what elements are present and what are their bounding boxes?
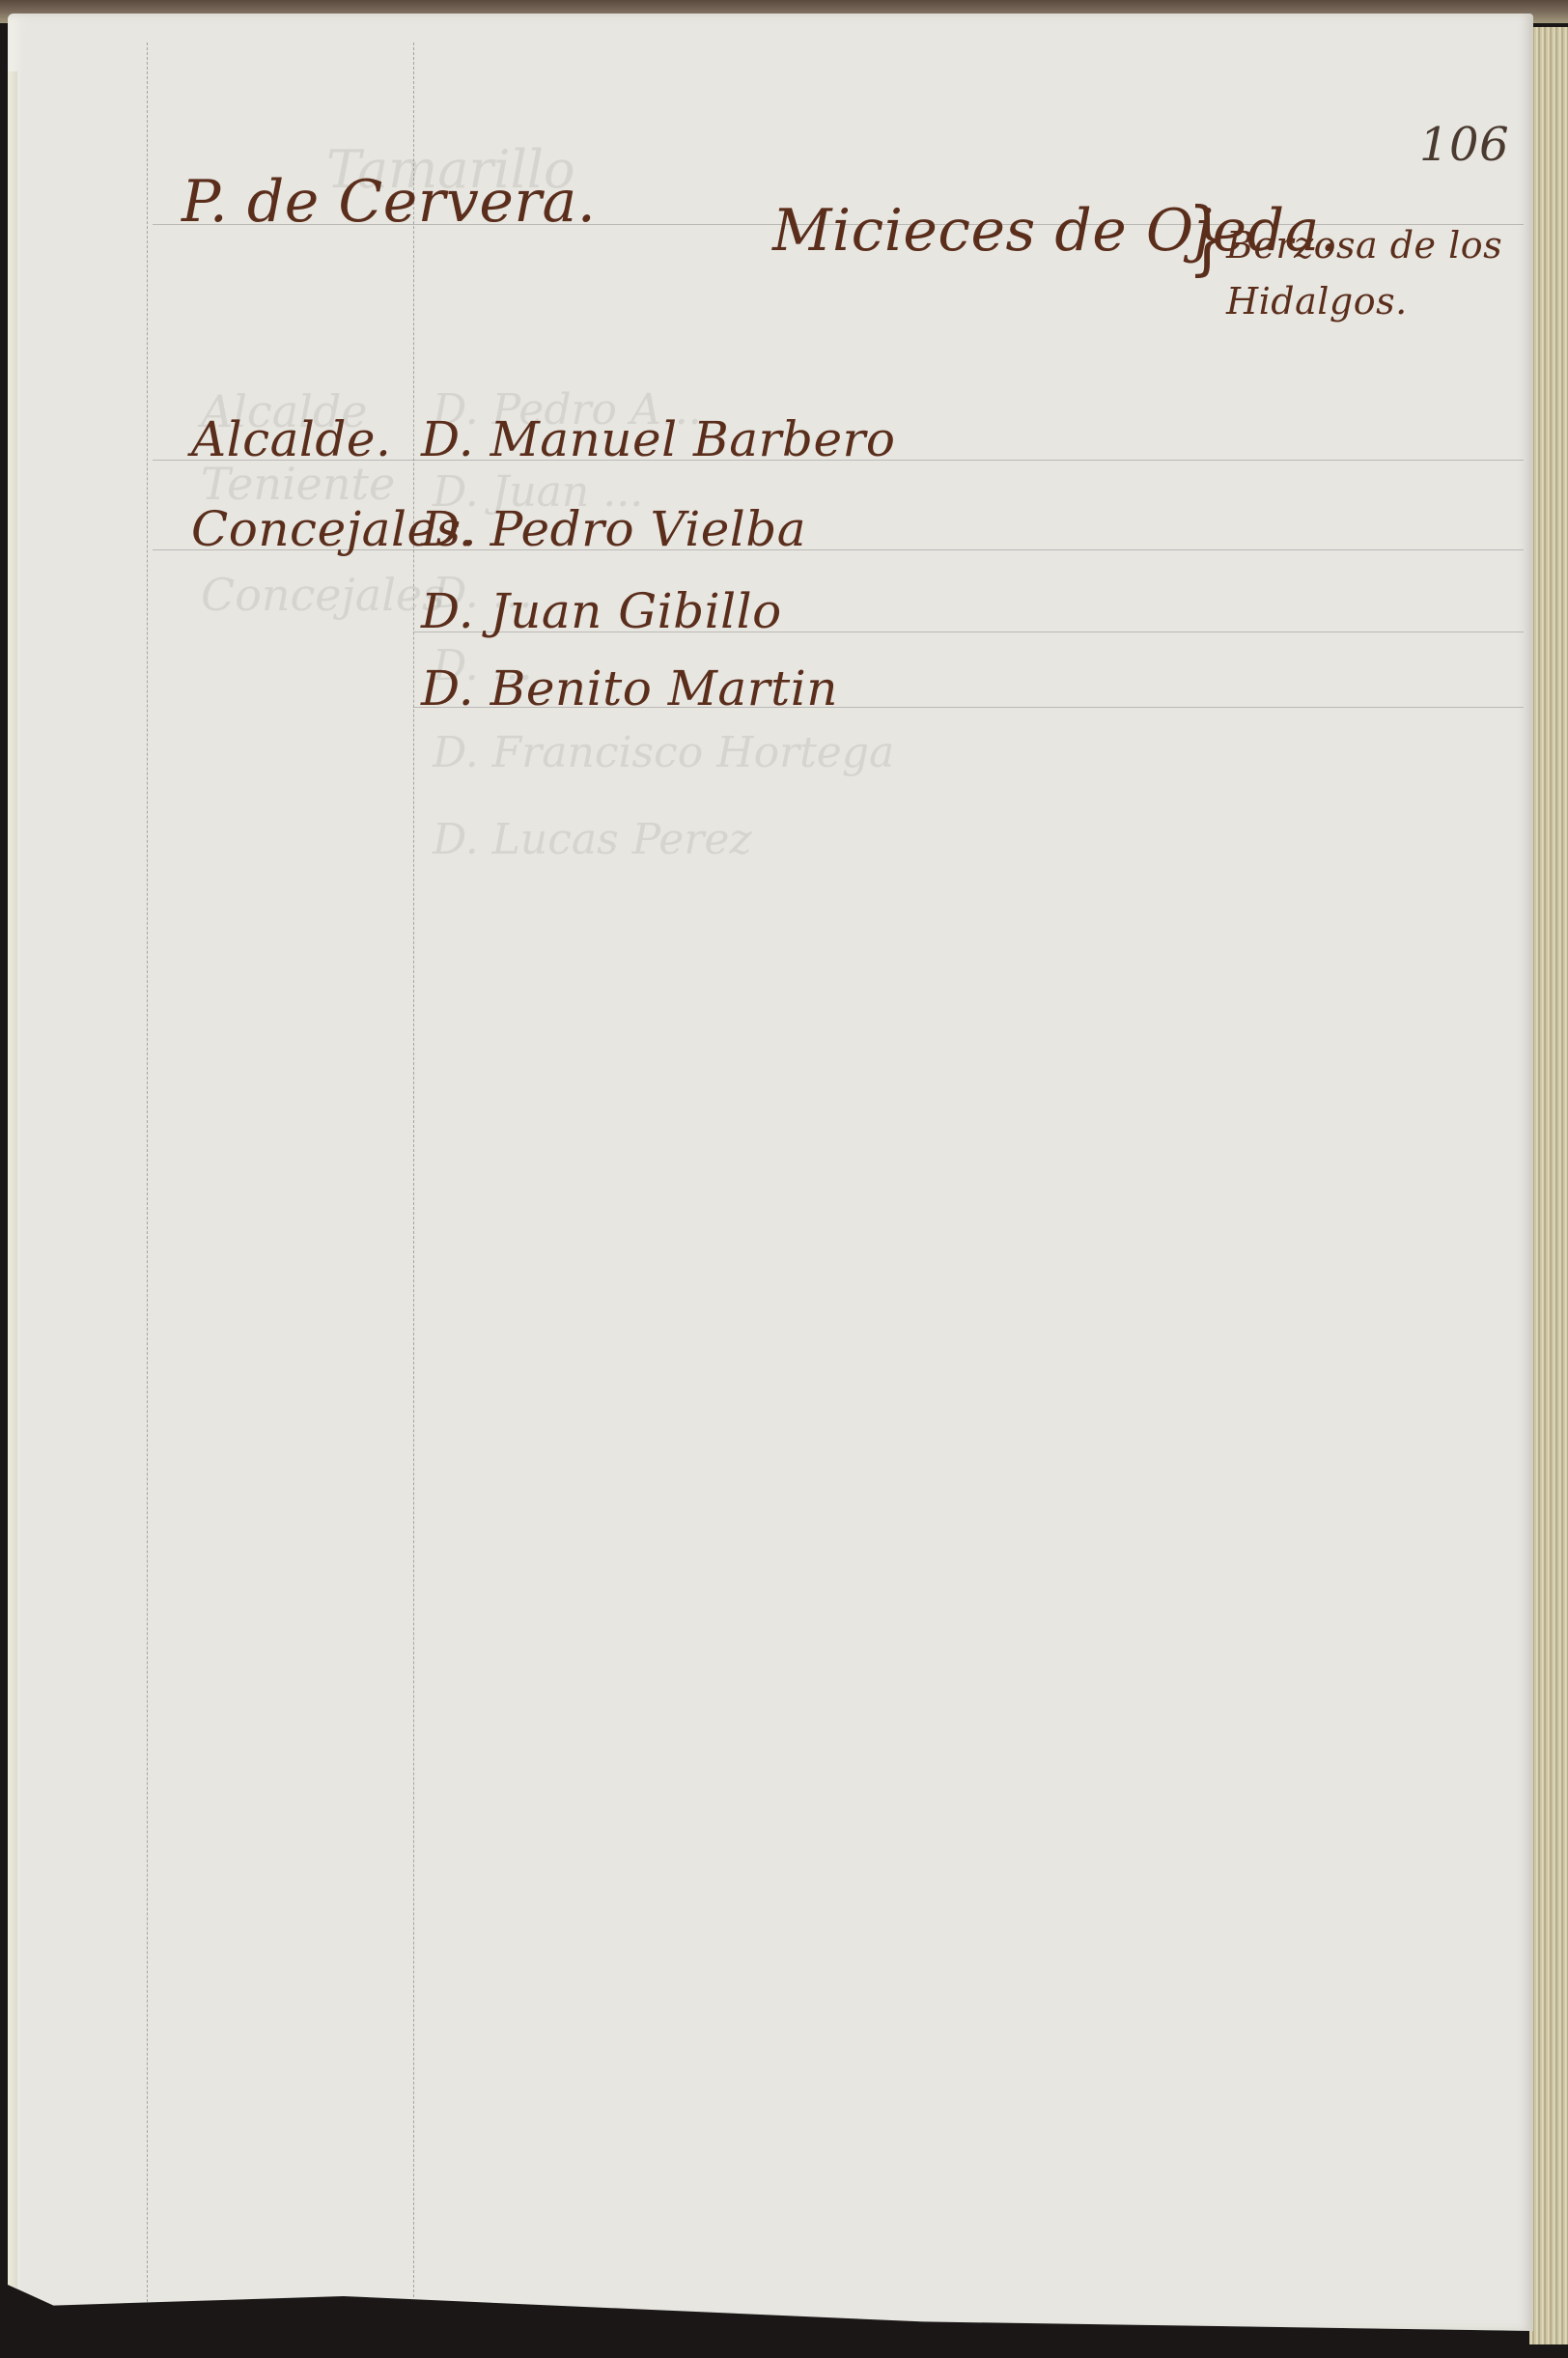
show-through-name-6: D. Lucas Perez xyxy=(433,815,752,864)
page-stack-edge xyxy=(1529,27,1568,2344)
name-entry-4: D. Benito Martin xyxy=(421,660,838,716)
role-alcalde: Alcalde. xyxy=(191,411,391,467)
left-margin-rule xyxy=(147,42,148,2331)
name-entry-2: D. Pedro Vielba xyxy=(421,501,806,557)
name-entry-3: D. Juan Gibillo xyxy=(421,583,782,639)
annex-line-2: Hidalgos. xyxy=(1226,280,1408,323)
role-column-rule xyxy=(413,42,414,2331)
name-entry-1: D. Manuel Barbero xyxy=(421,411,896,467)
manuscript-page: Tamarillo Alcalde Teniente Concejales D.… xyxy=(8,14,1533,2331)
page-left-edge xyxy=(8,71,17,2292)
page-number: 106 xyxy=(1419,118,1509,172)
annex-line-1: Berzosa de los xyxy=(1226,224,1502,267)
brace-symbol: } xyxy=(1188,192,1227,285)
show-through-role-3: Concejales xyxy=(201,569,445,621)
show-through-name-5: D. Francisco Hortega xyxy=(433,728,894,777)
district-heading: P. de Cervera. xyxy=(182,168,596,236)
